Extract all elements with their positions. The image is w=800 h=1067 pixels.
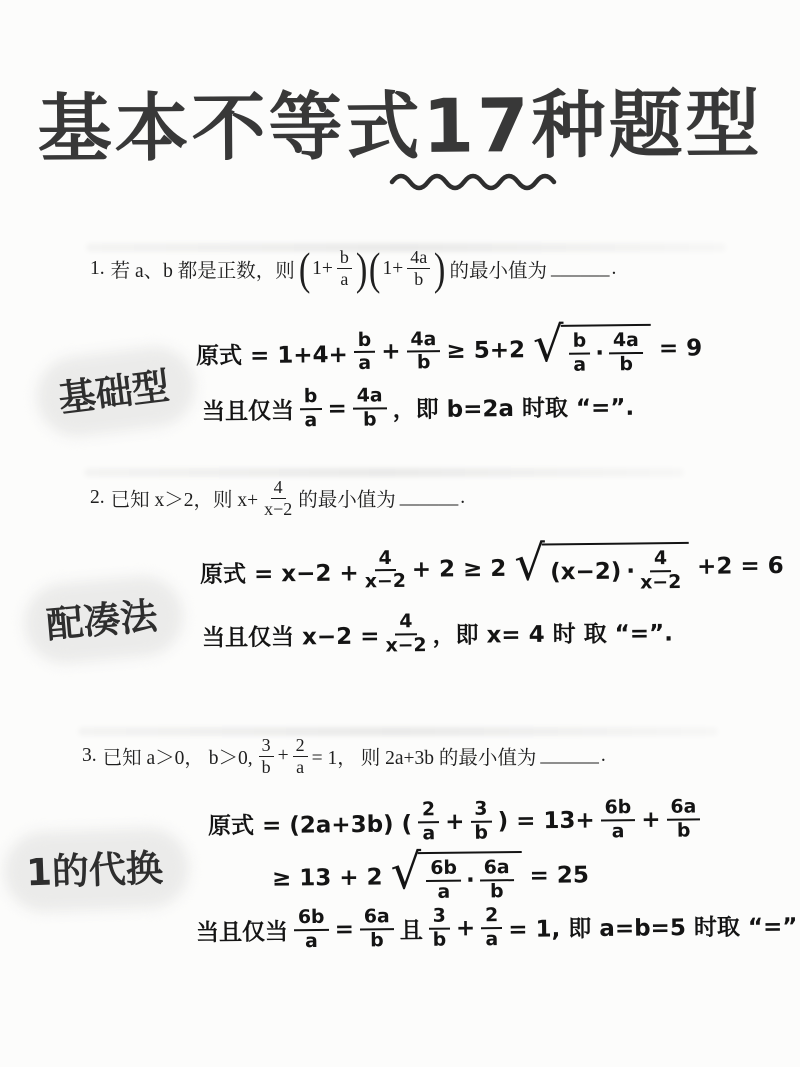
solution-2-line-1: 原式 = x−2 + 4x−2 + 2 ≥ 2 √ (x−2) · 4x−2 +… bbox=[200, 541, 784, 598]
problem-number: 1. bbox=[90, 258, 105, 280]
text-segment: +2 = 6 bbox=[697, 553, 784, 580]
fraction: 4ab bbox=[609, 331, 643, 375]
text-segment: 1+ bbox=[312, 258, 333, 280]
text-segment: 当且仅当 x−2 = bbox=[202, 618, 380, 653]
text-segment: 的最小值为 bbox=[298, 484, 396, 512]
fraction: 4ab bbox=[407, 248, 430, 289]
fraction: 2a bbox=[418, 800, 440, 844]
solution-3-line-1: 原式 = (2a+3b) ( 2a + 3b ) = 13+ 6ba + 6ab bbox=[208, 797, 701, 846]
text-segment: = 1， bbox=[312, 742, 357, 770]
radical-sign: √ bbox=[390, 852, 421, 893]
fraction: 2a bbox=[481, 906, 503, 950]
text-segment: ≥ 13 + 2 bbox=[272, 865, 383, 892]
text-segment: = bbox=[334, 916, 354, 942]
fraction: 4x−2 bbox=[264, 478, 292, 519]
text-segment: (x−2) bbox=[550, 558, 621, 585]
text-segment: ≥ 5+2 bbox=[446, 338, 525, 365]
right-paren: ) bbox=[356, 248, 367, 289]
text-segment: 原式 = 1+4+ bbox=[196, 336, 348, 371]
fraction: ba bbox=[300, 387, 322, 431]
cdot: · bbox=[626, 558, 635, 584]
text-segment: ，即 b=2a 时取 “=”. bbox=[392, 389, 634, 425]
fraction: 4x−2 bbox=[640, 549, 682, 593]
fraction: 3b bbox=[470, 800, 492, 844]
text-segment: . bbox=[601, 745, 606, 767]
right-paren: ) bbox=[434, 248, 445, 289]
text-segment: 且 bbox=[400, 912, 423, 945]
text-segment: ，即 x= 4 时 取 “=”. bbox=[432, 615, 673, 651]
category-label-peicou: 配凑法 bbox=[44, 585, 159, 648]
text-segment: = 9 bbox=[659, 336, 703, 362]
left-paren: ( bbox=[369, 248, 380, 289]
solution-2-line-2: 当且仅当 x−2 = 4x−2 ，即 x= 4 时 取 “=”. bbox=[202, 610, 673, 659]
cdot: · bbox=[595, 340, 604, 366]
fraction: 6ba bbox=[426, 859, 461, 903]
problem-number: 2. bbox=[90, 487, 105, 509]
text-segment: + bbox=[381, 339, 401, 365]
text-segment: 原式 = x−2 + bbox=[200, 554, 359, 589]
fraction: 6ab bbox=[360, 907, 394, 951]
page-title: 基本不等式17种题型 bbox=[0, 65, 800, 177]
answer-blank: ______ bbox=[551, 258, 610, 280]
problem-number: 3. bbox=[82, 745, 97, 767]
text-segment: 1+ bbox=[382, 258, 403, 280]
answer-blank: ______ bbox=[400, 487, 459, 509]
fraction: 4x−2 bbox=[364, 548, 406, 592]
scan-shadow bbox=[84, 468, 684, 477]
problem-2: 2. 已知 x＞2，则 x+ 4x−2 的最小值为 ______ . bbox=[88, 478, 465, 519]
text-segment: + bbox=[456, 915, 476, 941]
square-root: √ 6ba · 6ab bbox=[390, 851, 522, 903]
fraction: 2a bbox=[293, 736, 308, 777]
category-label-substitution: 1的代换 bbox=[25, 838, 164, 897]
fraction: 6ba bbox=[294, 908, 329, 952]
fraction: 4ab bbox=[353, 386, 387, 430]
fraction: 3b bbox=[429, 907, 451, 951]
fraction: 4ab bbox=[406, 330, 440, 374]
fraction: ba bbox=[569, 332, 591, 376]
fraction: 3b bbox=[259, 736, 274, 777]
wavy-underline-icon bbox=[388, 168, 560, 192]
scan-shadow bbox=[78, 727, 718, 736]
text-segment: 已知 a＞0， b＞0, bbox=[103, 742, 253, 770]
problem-1: 1. 若 a、b 都是正数，则 ( 1+ ba ) ( 1+ 4ab ) 的最小… bbox=[88, 248, 616, 289]
text-segment: 则 2a+3b 的最小值为 bbox=[361, 742, 537, 770]
text-segment: + bbox=[445, 809, 465, 835]
text-segment: 若 a、b 都是正数，则 bbox=[111, 255, 295, 283]
radical-sign: √ bbox=[533, 325, 564, 366]
category-label-basic: 基础型 bbox=[55, 355, 172, 422]
text-segment: = 25 bbox=[529, 863, 589, 890]
fraction: 6ab bbox=[666, 797, 700, 841]
text-segment: = bbox=[327, 396, 347, 422]
problem-3: 3. 已知 a＞0， b＞0, 3b + 2a = 1， 则 2a+3b 的最小… bbox=[80, 736, 606, 777]
fraction: 6ab bbox=[480, 858, 514, 902]
text-segment: 当且仅当 bbox=[202, 393, 294, 427]
solution-1-line-2: 当且仅当 ba = 4ab ，即 b=2a 时取 “=”. bbox=[202, 384, 635, 432]
radical-sign: √ bbox=[514, 543, 545, 584]
text-segment: 的最小值为 bbox=[450, 255, 548, 283]
fraction: 4x−2 bbox=[385, 612, 427, 656]
square-root: √ ba · 4ab bbox=[533, 324, 651, 376]
fraction: ba bbox=[354, 330, 376, 374]
solution-3-line-3: 当且仅当 6ba = 6ab 且 3b + 2a = 1, 即 a=b=5 时取… bbox=[196, 903, 800, 953]
text-segment: + bbox=[278, 745, 289, 767]
square-root: √ (x−2) · 4x−2 bbox=[514, 542, 689, 594]
text-segment: 已知 x＞2，则 x+ bbox=[111, 484, 259, 512]
text-segment: . bbox=[460, 487, 465, 509]
text-segment: 当且仅当 bbox=[196, 914, 288, 948]
solution-3-line-2: ≥ 13 + 2 √ 6ba · 6ab = 25 bbox=[272, 850, 589, 904]
cdot: · bbox=[466, 867, 475, 893]
text-segment: + 2 ≥ 2 bbox=[412, 556, 507, 583]
text-segment: . bbox=[612, 258, 617, 280]
answer-blank: ______ bbox=[540, 745, 599, 767]
fraction: 6ba bbox=[600, 798, 635, 842]
left-paren: ( bbox=[299, 248, 310, 289]
text-segment: ) = 13+ bbox=[497, 807, 594, 834]
text-segment: + bbox=[641, 807, 661, 833]
text-segment: 原式 = (2a+3b) ( bbox=[208, 806, 412, 841]
text-segment: = 1, 即 a=b=5 时取 “=” . bbox=[508, 908, 800, 944]
fraction: ba bbox=[337, 248, 352, 289]
solution-1-line-1: 原式 = 1+4+ ba + 4ab ≥ 5+2 √ ba · 4ab = 9 bbox=[196, 323, 703, 379]
